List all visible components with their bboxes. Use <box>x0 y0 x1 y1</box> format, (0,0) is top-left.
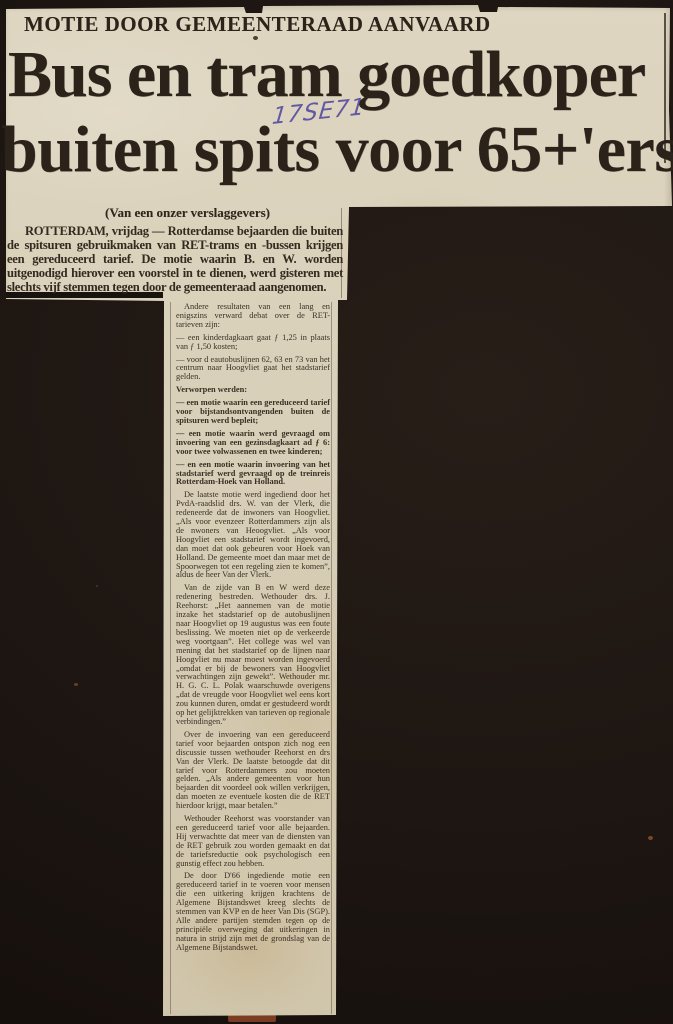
article-paragraph: De door D'66 ingediende motie een geredu… <box>176 872 330 952</box>
rejected-bullet: — en een motie waarin invoering van het … <box>176 461 330 488</box>
article-paragraph: Van de zijde van B en W werd deze redene… <box>176 584 330 727</box>
kicker-headline: MOTIE DOOR GEMEENTERAAD AANVAARD <box>24 12 491 37</box>
article-column: Andere resultaten van een lang en enigsz… <box>176 303 330 957</box>
column-intro: Andere resultaten van een lang en enigsz… <box>176 303 330 330</box>
column-rule-left <box>170 302 171 1014</box>
rust-speck <box>74 683 78 686</box>
article-paragraph: Wethouder Reehorst was voorstander van e… <box>176 815 330 868</box>
column-rule-right <box>331 302 332 1014</box>
rejected-bullet: — een motie waarin werd gevraagd om invo… <box>176 430 330 457</box>
article-paragraph: Over de invoering van een gereduceerd ta… <box>176 731 330 811</box>
dust-speck <box>96 585 98 587</box>
result-bullet: — voor d eautobuslijnen 62, 63 en 73 van… <box>176 356 330 383</box>
byline: (Van een onzer verslaggevers) <box>30 205 345 221</box>
result-bullet: — een kinderdagkaart gaat ƒ 1,25 in plaa… <box>176 334 330 352</box>
rust-speck <box>648 836 653 840</box>
main-headline-line2: buiten spits voor 65+'ers <box>1 117 673 183</box>
lead-paragraph: ROTTERDAM, vrijdag — Rotterdamse bejaard… <box>7 224 343 294</box>
rejected-bullet: — een motie waarin een gereduceerd tarie… <box>176 399 330 426</box>
photo-canvas: MOTIE DOOR GEMEENTERAAD AANVAARD Bus en … <box>0 0 673 1024</box>
article-paragraph: De laatste motie werd ingediend door het… <box>176 491 330 580</box>
column-subhead: Verworpen werden: <box>176 386 330 395</box>
